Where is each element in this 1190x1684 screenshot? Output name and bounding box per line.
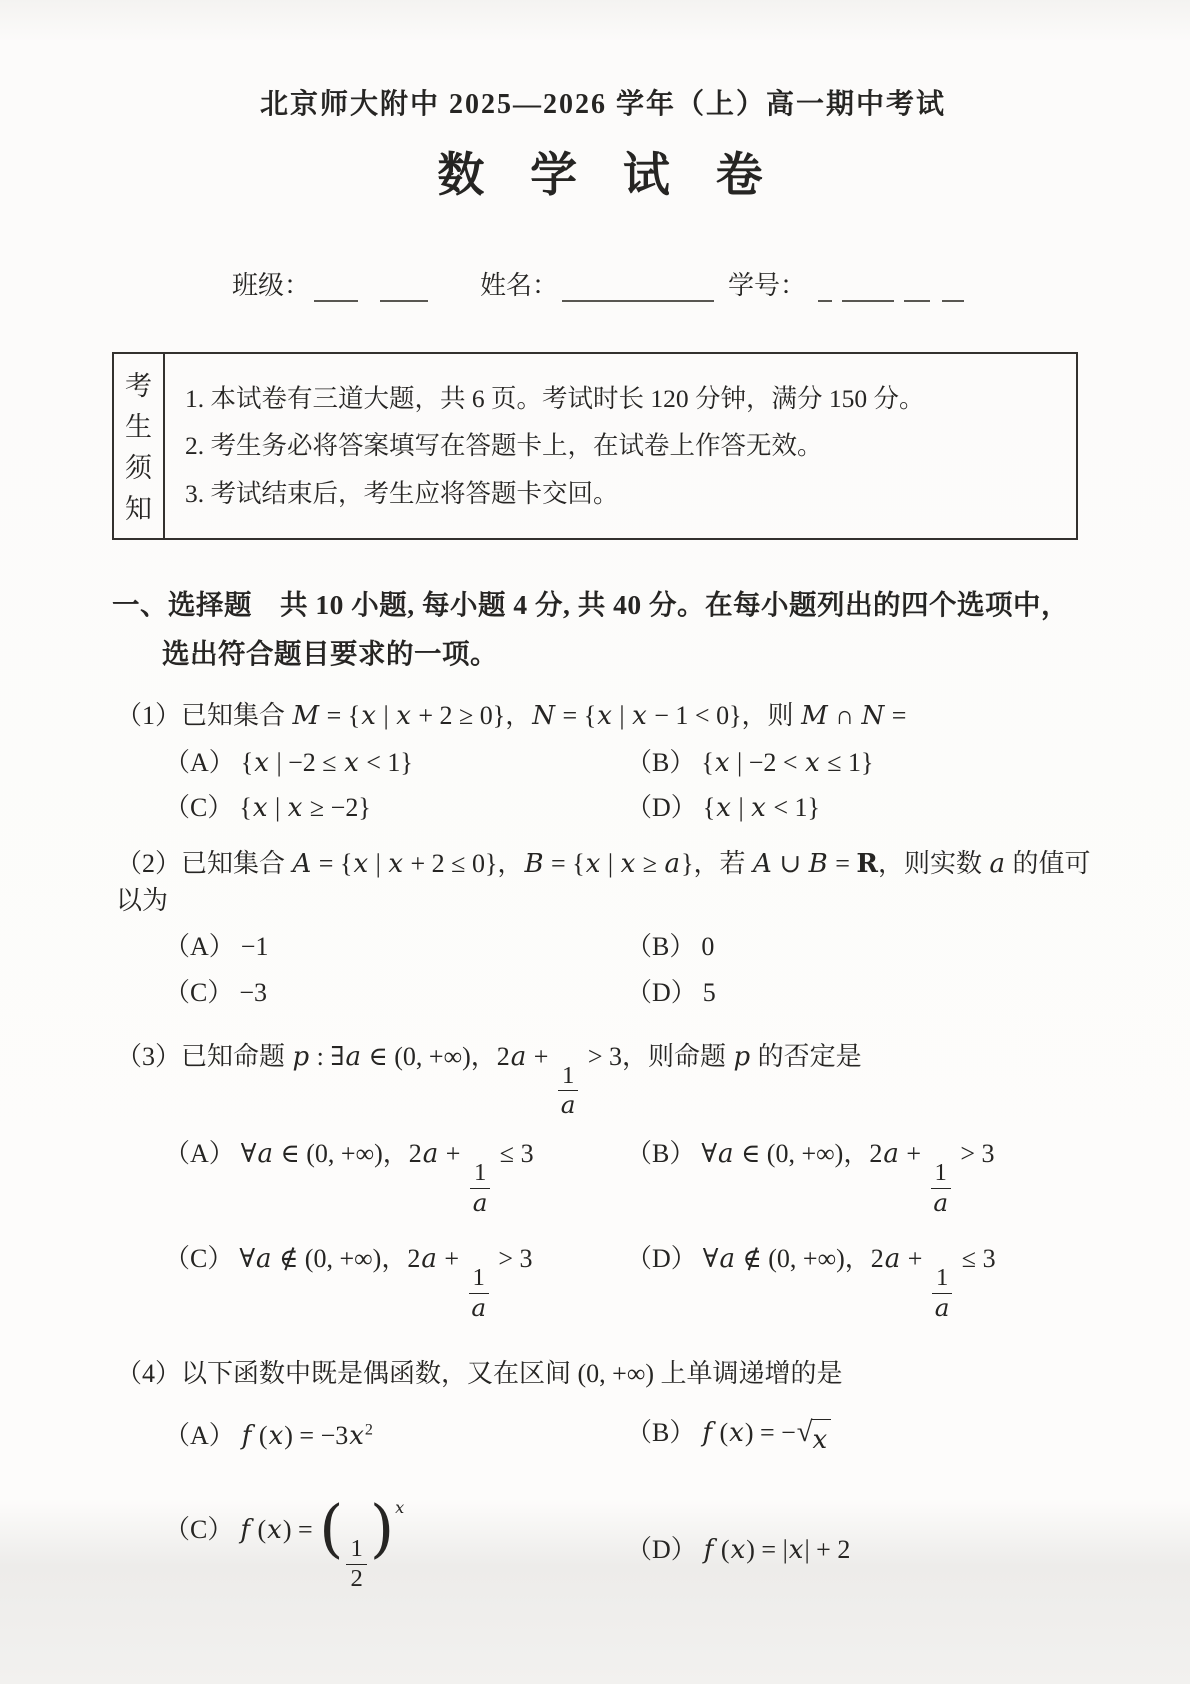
option-text: ∀a ∈ (0, +∞)，2a + 1a > 3 [701,1139,994,1168]
student-info-row: 班级： 姓名： 学号： [232,265,1094,302]
examinee-notice-box: 考 生 须 知 1. 本试卷有三道大题，共 6 页。考试时长 120 分钟，满分… [112,352,1078,540]
class-blank-line [380,274,428,302]
question-1-stem: （1）已知集合 M = {x | x + 2 ≥ 0}，N = {x | x −… [116,698,1094,734]
notice-items: 1. 本试卷有三道大题，共 6 页。考试时长 120 分钟，满分 150 分。 … [165,354,1076,538]
option-text: {x | −2 < x ≤ 1} [701,748,873,777]
option-label: （D） [626,1535,697,1564]
question-3-option-d: （D）∀a ∉ (0, +∞)，2a + 1a ≤ 3 [626,1241,1094,1322]
question-2-option-b: （B）0 [626,929,1094,965]
question-1: （1）已知集合 M = {x | x + 2 ≥ 0}，N = {x | x −… [112,698,1094,826]
option-text: f (x) = −3x2 [241,1421,373,1450]
option-text: f (x) = |x| + 2 [703,1535,851,1564]
exam-title: 数 学 试 卷 [112,138,1094,205]
question-3-option-b: （B）∀a ∈ (0, +∞)，2a + 1a > 3 [626,1136,1094,1217]
school-header-line: 北京师大附中 2025—2026 学年（上）高一期中考试 [112,0,1094,122]
question-4-stem: （4）以下函数中既是偶函数，又在区间 (0, +∞) 上单调递增的是 [116,1356,1094,1392]
question-4-options: （A）f (x) = −3x2 （B）f (x) = −√x （C）f (x) … [164,1415,1094,1593]
question-2-stem: （2）已知集合 A = {x | x + 2 ≤ 0}，B = {x | x ≥… [116,846,1094,919]
section-one-heading: 一、选择题 共 10 小题, 每小题 4 分, 共 40 分。在每小题列出的四个… [112,586,1094,672]
option-label: （B） [626,1418,695,1447]
option-text: f (x) = −√x [701,1418,831,1447]
exam-paper-page: 北京师大附中 2025—2026 学年（上）高一期中考试 数 学 试 卷 班级：… [0,0,1190,1684]
question-1-option-b: （B）{x | −2 < x ≤ 1} [626,745,1094,781]
option-text: −1 [241,932,269,961]
id-blank-line [942,274,964,302]
question-4: （4）以下函数中既是偶函数，又在区间 (0, +∞) 上单调递增的是 （A）f … [112,1356,1094,1592]
question-3-option-c: （C）∀a ∉ (0, +∞)，2a + 1a > 3 [164,1241,626,1322]
option-text: ∀a ∉ (0, +∞)，2a + 1a ≤ 3 [703,1244,996,1273]
option-text: {x | x < 1} [703,793,820,822]
question-2-options: （A）−1 （B）0 （C）−3 （D）5 [164,929,1094,1011]
question-3: （3）已知命题 p : ∃a ∈ (0, +∞)，2a + 1a > 3，则命题… [112,1039,1094,1322]
question-4-option-d: （D）f (x) = |x| + 2 [626,1532,1094,1568]
class-label: 班级： [232,265,310,302]
option-text: {x | −2 ≤ x < 1} [241,748,413,777]
option-label: （B） [626,932,695,961]
notice-side-char: 考 [125,364,152,403]
student-id-label: 学号： [728,265,806,302]
option-label: （C） [164,1244,233,1273]
option-text: ∀a ∉ (0, +∞)，2a + 1a > 3 [239,1244,532,1273]
question-4-option-b: （B）f (x) = −√x [626,1415,1094,1458]
notice-side-char: 知 [125,487,152,526]
option-text: 0 [701,932,714,961]
option-label: （A） [164,932,235,961]
notice-side-char: 生 [125,405,152,444]
option-label: （C） [164,1515,233,1544]
option-text: {x | x ≥ −2} [239,793,370,822]
question-1-option-a: （A）{x | −2 ≤ x < 1} [164,745,626,781]
option-label: （B） [626,1139,695,1168]
option-label: （D） [626,978,697,1007]
id-blank-line [818,274,832,302]
option-label: （A） [164,748,235,777]
option-text: f (x) = (12)x [239,1515,405,1544]
question-2-option-a: （A）−1 [164,929,626,965]
question-4-option-c: （C）f (x) = (12)x [164,1508,626,1592]
notice-side-char: 须 [125,446,152,485]
name-label: 姓名： [480,265,558,302]
name-blank-line [562,274,714,302]
question-3-options: （A）∀a ∈ (0, +∞)，2a + 1a ≤ 3 （B）∀a ∈ (0, … [164,1136,1094,1322]
question-3-stem: （3）已知命题 p : ∃a ∈ (0, +∞)，2a + 1a > 3，则命题… [116,1039,1094,1120]
section-heading-line-2: 选出符合题目要求的一项。 [162,635,1094,672]
option-label: （D） [626,793,697,822]
option-text: 5 [703,978,716,1007]
class-blank-line [314,274,358,302]
option-label: （D） [626,1244,697,1273]
notice-side-label: 考 生 须 知 [114,354,165,538]
question-1-option-c: （C）{x | x ≥ −2} [164,790,626,826]
option-text: −3 [239,978,267,1007]
question-1-option-d: （D）{x | x < 1} [626,790,1094,826]
question-2: （2）已知集合 A = {x | x + 2 ≤ 0}，B = {x | x ≥… [112,846,1094,1011]
notice-item-3: 3. 考试结束后，考生应将答题卡交回。 [185,477,1062,510]
student-id-field: 学号： [728,265,964,302]
id-blank-line [904,274,930,302]
id-blank-line [842,274,894,302]
question-2-option-d: （D）5 [626,975,1094,1011]
question-4-option-a: （A）f (x) = −3x2 [164,1418,626,1454]
question-3-option-a: （A）∀a ∈ (0, +∞)，2a + 1a ≤ 3 [164,1136,626,1217]
name-field: 姓名： [480,265,714,302]
question-1-options: （A）{x | −2 ≤ x < 1} （B）{x | −2 < x ≤ 1} … [164,745,1094,827]
notice-item-2: 2. 考生务必将答案填写在答题卡上，在试卷上作答无效。 [185,429,1062,462]
option-label: （A） [164,1139,235,1168]
option-label: （B） [626,748,695,777]
option-label: （A） [164,1421,235,1450]
option-label: （C） [164,978,233,1007]
option-text: ∀a ∈ (0, +∞)，2a + 1a ≤ 3 [241,1139,534,1168]
question-2-option-c: （C）−3 [164,975,626,1011]
class-field: 班级： [232,265,428,302]
notice-item-1: 1. 本试卷有三道大题，共 6 页。考试时长 120 分钟，满分 150 分。 [185,382,1062,415]
option-label: （C） [164,793,233,822]
section-heading-line-1: 一、选择题 共 10 小题, 每小题 4 分, 共 40 分。在每小题列出的四个… [112,586,1094,623]
